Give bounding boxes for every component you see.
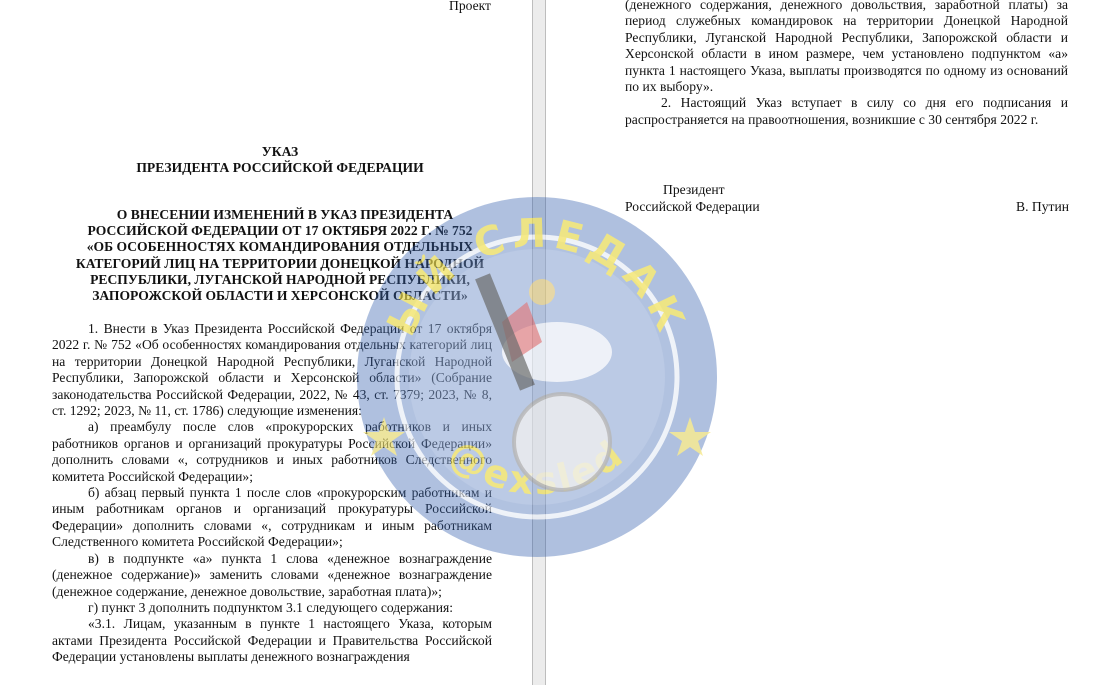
draft-label: Проект: [449, 0, 491, 14]
paragraph-2: 2. Настоящий Указ вступает в силу со дня…: [625, 95, 1068, 128]
paragraph-1v: в) в подпункте «а» пункта 1 слова «денеж…: [52, 551, 492, 600]
decree-title: УКАЗ ПРЕЗИДЕНТА РОССИЙСКОЙ ФЕДЕРАЦИИ: [40, 144, 520, 177]
page-gutter: [532, 0, 546, 685]
decree-body-left: 1. Внести в Указ Президента Российской Ф…: [52, 321, 492, 666]
document-page-right: (денежного содержания, денежного довольс…: [546, 0, 1103, 685]
signature-title-line1: Президент: [625, 181, 1069, 198]
signature-title-line2: Российской Федерации: [625, 198, 760, 215]
paragraph-1g: г) пункт 3 дополнить подпунктом 3.1 след…: [52, 600, 492, 616]
decree-body-right: (денежного содержания, денежного довольс…: [625, 0, 1068, 128]
paragraph-1: 1. Внести в Указ Президента Российской Ф…: [52, 321, 492, 419]
paragraph-1b: б) абзац первый пункта 1 после слов «про…: [52, 485, 492, 551]
signature-block: Президент Российской Федерации В. Путин: [625, 181, 1069, 215]
subject-line: ЗАПОРОЖСКОЙ ОБЛАСТИ И ХЕРСОНСКОЙ ОБЛАСТИ…: [40, 288, 520, 304]
paragraph-1a: а) преамбулу после слов «прокурорских ра…: [52, 419, 492, 485]
subject-line: РОССИЙСКОЙ ФЕДЕРАЦИИ ОТ 17 ОКТЯБРЯ 2022 …: [40, 223, 520, 239]
subject-line: «ОБ ОСОБЕННОСТЯХ КОМАНДИРОВАНИЯ ОТДЕЛЬНЫ…: [40, 239, 520, 255]
paragraph-3-1-continuation: (денежного содержания, денежного довольс…: [625, 0, 1068, 95]
decree-subject: О ВНЕСЕНИИ ИЗМЕНЕНИЙ В УКАЗ ПРЕЗИДЕНТА Р…: [40, 207, 520, 304]
signatory-name: В. Путин: [1016, 198, 1069, 215]
paragraph-3-1: «3.1. Лицам, указанным в пункте 1 настоя…: [52, 616, 492, 665]
document-page-left: Проект УКАЗ ПРЕЗИДЕНТА РОССИЙСКОЙ ФЕДЕРА…: [0, 0, 532, 685]
subject-line: РЕСПУБЛИКИ, ЛУГАНСКОЙ НАРОДНОЙ РЕСПУБЛИК…: [40, 272, 520, 288]
subject-line: КАТЕГОРИЙ ЛИЦ НА ТЕРРИТОРИИ ДОНЕЦКОЙ НАР…: [40, 256, 520, 272]
decree-title-line2: ПРЕЗИДЕНТА РОССИЙСКОЙ ФЕДЕРАЦИИ: [40, 160, 520, 176]
decree-title-line1: УКАЗ: [40, 144, 520, 160]
subject-line: О ВНЕСЕНИИ ИЗМЕНЕНИЙ В УКАЗ ПРЕЗИДЕНТА: [40, 207, 520, 223]
